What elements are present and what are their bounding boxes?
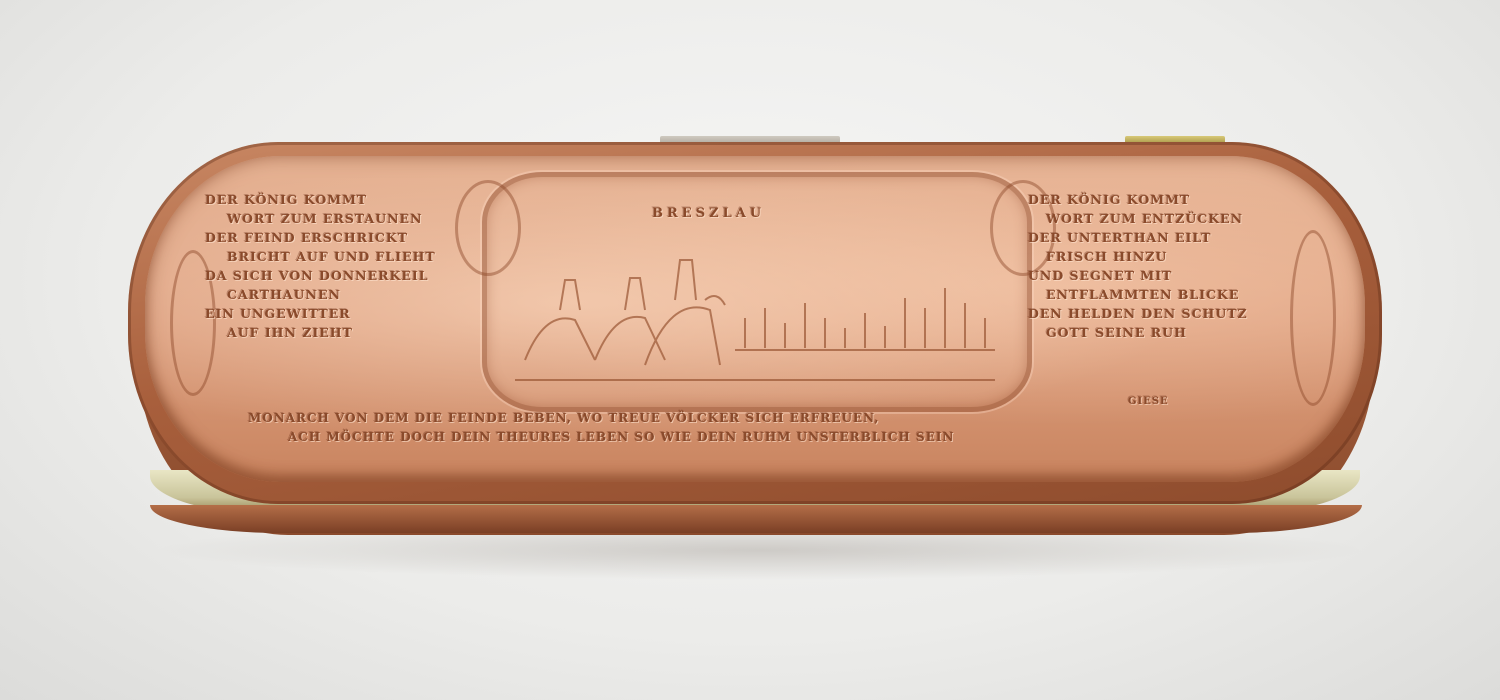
verse-line: Der Feind erschrickt — [205, 228, 436, 247]
verse-line: Da sich von Donnerkeil — [205, 266, 436, 285]
verse-line: auf ihn zieht — [205, 323, 436, 342]
lid-title: BRESZLAU — [652, 206, 765, 221]
verse-line: Ein Ungewitter — [205, 304, 436, 323]
verse-line: wort zum Erstaunen — [205, 209, 436, 228]
verse-line: frisch hinzu — [1028, 247, 1248, 266]
verse-line: Den Helden den Schutz — [1028, 304, 1248, 323]
verse-line: Der König kommt — [1028, 190, 1248, 209]
bottom-inscription-line-2: Ach möchte doch dein theures Leben so wi… — [288, 430, 954, 444]
verse-line: bricht auf und flieht — [205, 247, 436, 266]
photo-scene: BRESZLAU Der König kommt wort zum Erstau… — [0, 0, 1500, 700]
rococo-scroll — [1290, 230, 1336, 406]
maker-cartouche-text: Giese — [1128, 396, 1169, 407]
verse-line: Und segnet mit — [1028, 266, 1248, 285]
verse-line: Carthaunen — [205, 285, 436, 304]
verse-line: Der Unterthan eilt — [1028, 228, 1248, 247]
verse-line: entflammten Blicke — [1028, 285, 1248, 304]
verse-line: Gott seine Ruh — [1028, 323, 1248, 342]
breslau-scene-relief — [505, 240, 1005, 390]
copper-bottom-rim — [150, 505, 1362, 533]
left-verse: Der König kommt wort zum Erstaunen Der F… — [205, 190, 436, 342]
right-verse: Der König kommt wort zum Entzücken Der U… — [1028, 190, 1248, 342]
verse-line: wort zum Entzücken — [1028, 209, 1248, 228]
verse-line: Der König kommt — [205, 190, 436, 209]
bottom-inscription-line-1: Monarch von dem die Feinde beben, wo tre… — [248, 411, 880, 425]
